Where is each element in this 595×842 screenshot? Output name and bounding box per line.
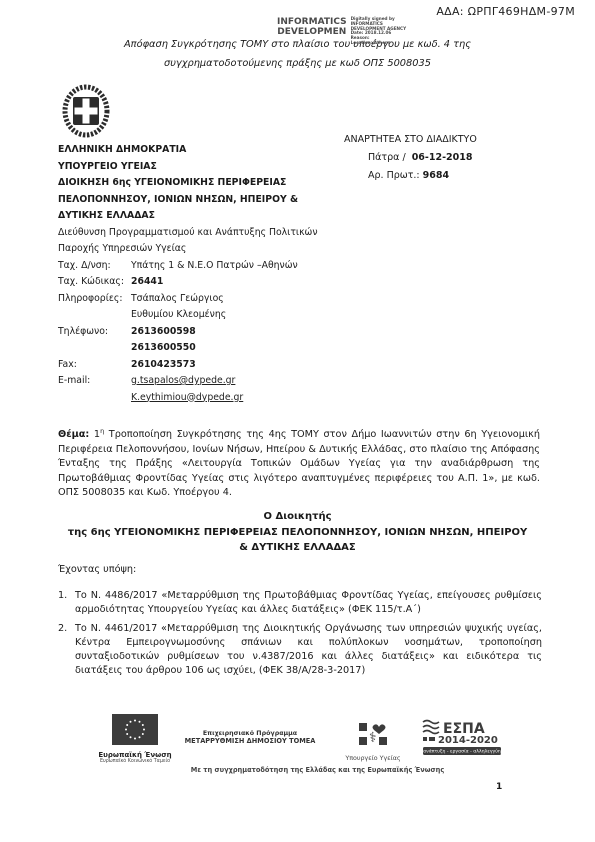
list-item: 1. Το Ν. 4486/2017 «Μεταρρύθμιση της Πρω… [58,589,542,618]
ministry-of-health-icon: ⚕ [356,722,390,748]
decision-heading-line3: & ΔΥΤΙΚΗΣ ΕΛΛΑΔΑΣ [0,540,595,556]
espa-logo-block: ΕΣΠΑ 2014-2020 ανάπτυξη - εργασία - αλλη… [421,718,505,762]
ministry-label: Υπουργείο Υγείας [325,755,421,762]
program-line2: ΜΕΤΑΡΡΥΘΜΙΣΗ ΔΗΜΟΣΙΟΥ ΤΟΜΕΑ [175,737,325,745]
contact-row-phone-1: Τηλέφωνο: 2613600598 [58,324,368,341]
contact-row-fax: Fax: 2610423573 [58,357,368,374]
ministry-of-health-block: ⚕ Υπουργείο Υγείας [325,722,421,762]
subject-paragraph: Θέμα: 1η Τροποποίηση Συγκρότησης της 4ης… [58,424,540,501]
espa-logo-icon: ΕΣΠΑ 2014-2020 ανάπτυξη - εργασία - αλλη… [421,718,503,758]
contact-row-address: Ταχ. Δ/νση: Υπάτης 1 & Ν.Ε.Ο Πατρών –Αθη… [58,258,368,275]
greek-coat-of-arms-icon [60,84,368,142]
eu-title: Ευρωπαϊκή Ένωση [95,751,175,759]
header-note-line2: συγχρηματοδοτούμενης πράξης με κωδ ΟΠΣ 5… [0,54,595,73]
list-item-text: Το Ν. 4461/2017 «Μεταρρύθμιση της Διοικη… [75,622,542,679]
email-link-1[interactable]: g.tsapalos@dypede.gr [131,373,235,390]
eu-flag-block: Ευρωπαϊκή Ένωση Ευρωπαϊκό Κοινωνικό Ταμε… [95,714,175,764]
program-line1: Επιχειρησιακό Πρόγραμμα [175,730,325,737]
agency-line-5: ΔΥΤΙΚΗΣ ΕΛΛΑΔΑΣ [58,208,368,225]
contact-row-email-2: K.eythimiou@dypede.gr [58,390,368,407]
stamp-big-line1: INFORMATICS [277,17,347,27]
agency-line-2: ΥΠΟΥΡΓΕΙΟ ΥΓΕΙΑΣ [58,159,368,176]
protocol-line: Αρ. Πρωτ.: 9684 [344,167,477,185]
agency-line-3: ΔΙΟΙΚΗΣΗ 6ης ΥΓΕΙΟΝΟΜΙΚΗΣ ΠΕΡΙΦΕΡΕΙΑΣ [58,175,368,192]
protocol-number: 9684 [423,170,449,181]
contact-row-email-1: E-mail: g.tsapalos@dypede.gr [58,373,368,390]
svg-text:2014-2020: 2014-2020 [438,735,498,746]
ada-code: ΑΔΑ: ΩΡΠΓ469ΗΔΜ-97Μ [436,5,575,18]
digital-signature-stamp: INFORMATICS DEVELOPMEN Digitally signed … [277,17,406,46]
espa-tagline: ανάπτυξη - εργασία - αλληλεγγύη [423,748,501,755]
page-number: 1 [496,782,502,792]
decision-heading-line2: της 6ης ΥΓΕΙΟΝΟΜΙΚΗΣ ΠΕΡΙΦΕΡΕΙΑΣ ΠΕΛΟΠΟΝ… [0,525,595,541]
agency-line-1: ΕΛΛΗΝΙΚΗ ΔΗΜΟΚΡΑΤΙΑ [58,142,368,159]
stamp-agency-name: INFORMATICS DEVELOPMEN [277,17,347,46]
ada-value: ΩΡΠΓ469ΗΔΜ-97Μ [468,5,575,18]
department-line-2: Παροχής Υπηρεσιών Υγείας [58,241,368,258]
operational-program-block: Επιχειρησιακό Πρόγραμμα ΜΕΤΑΡΡΥΘΜΙΣΗ ΔΗΜ… [175,730,325,745]
place-label: Πάτρα / [368,152,406,163]
document-page: ΑΔΑ: ΩΡΠΓ469ΗΔΜ-97Μ Απόφαση Συγκρότησης … [0,0,595,842]
list-item: 2. Το Ν. 4461/2017 «Μεταρρύθμιση της Διο… [58,622,542,679]
agency-line-4: ΠΕΛΟΠΟΝΝΗΣΟΥ, ΙΟΝΙΩΝ ΝΗΣΩΝ, ΗΠΕΙΡΟΥ & [58,192,368,209]
decision-heading: Ο Διοικητής της 6ης ΥΓΕΙΟΝΟΜΙΚΗΣ ΠΕΡΙΦΕΡ… [0,509,595,556]
place-date-line: Πάτρα / 06-12-2018 [344,149,477,167]
stamp-big-line2: DEVELOPMEN [277,27,347,37]
having-regard-label: Έχοντας υπόψη: [58,564,136,575]
department-line-1: Διεύθυνση Προγραμματισμού και Ανάπτυξης … [58,225,368,242]
ada-label: ΑΔΑ: [436,5,463,18]
subject-text: Τροποποίηση Συγκρότησης της 4ης ΤΟΜΥ στο… [58,429,540,498]
eu-subtitle: Ευρωπαϊκό Κοινωνικό Ταμείο [95,759,175,764]
contact-row-postal-code: Ταχ. Κώδικας: 26441 [58,274,368,291]
list-item-number: 1. [58,589,75,618]
protocol-label: Αρ. Πρωτ.: [368,170,420,181]
decision-heading-line1: Ο Διοικητής [0,509,595,525]
letterhead-right-block: ΑΝΑΡΤΗΤΕΑ ΣΤΟ ΔΙΑΔΙΚΤΥΟ Πάτρα / 06-12-20… [344,131,477,185]
letterhead-left-block: ΕΛΛΗΝΙΚΗ ΔΗΜΟΚΡΑΤΙΑ ΥΠΟΥΡΓΕΙΟ ΥΓΕΙΑΣ ΔΙΟ… [58,84,368,406]
legal-references-list: 1. Το Ν. 4486/2017 «Μεταρρύθμιση της Πρω… [58,589,542,683]
cofinance-note: Με τη συγχρηματοδότηση της Ελλάδας και τ… [60,766,575,774]
stamp-details: Digitally signed by INFORMATICS DEVELOPM… [351,17,407,46]
list-item-text: Το Ν. 4486/2017 «Μεταρρύθμιση της Πρωτοβ… [75,589,542,618]
contact-row-phone-2: 2613600550 [58,340,368,357]
eu-flag-icon [112,714,158,745]
email-link-2[interactable]: K.eythimiou@dypede.gr [131,390,243,407]
footer-logos: Ευρωπαϊκή Ένωση Ευρωπαϊκό Κοινωνικό Ταμε… [95,714,515,764]
contact-row-info-person-1: Πληροφορίες: Τσάπαλος Γεώργιος [58,291,368,308]
publish-note: ΑΝΑΡΤΗΤΕΑ ΣΤΟ ΔΙΑΔΙΚΤΥΟ [344,131,477,149]
svg-text:⚕: ⚕ [369,730,377,746]
subject-label: Θέμα: [58,429,89,440]
contact-row-info-person-2: Ευθυμίου Κλεομένης [58,307,368,324]
document-date: 06-12-2018 [412,152,473,163]
list-item-number: 2. [58,622,75,679]
